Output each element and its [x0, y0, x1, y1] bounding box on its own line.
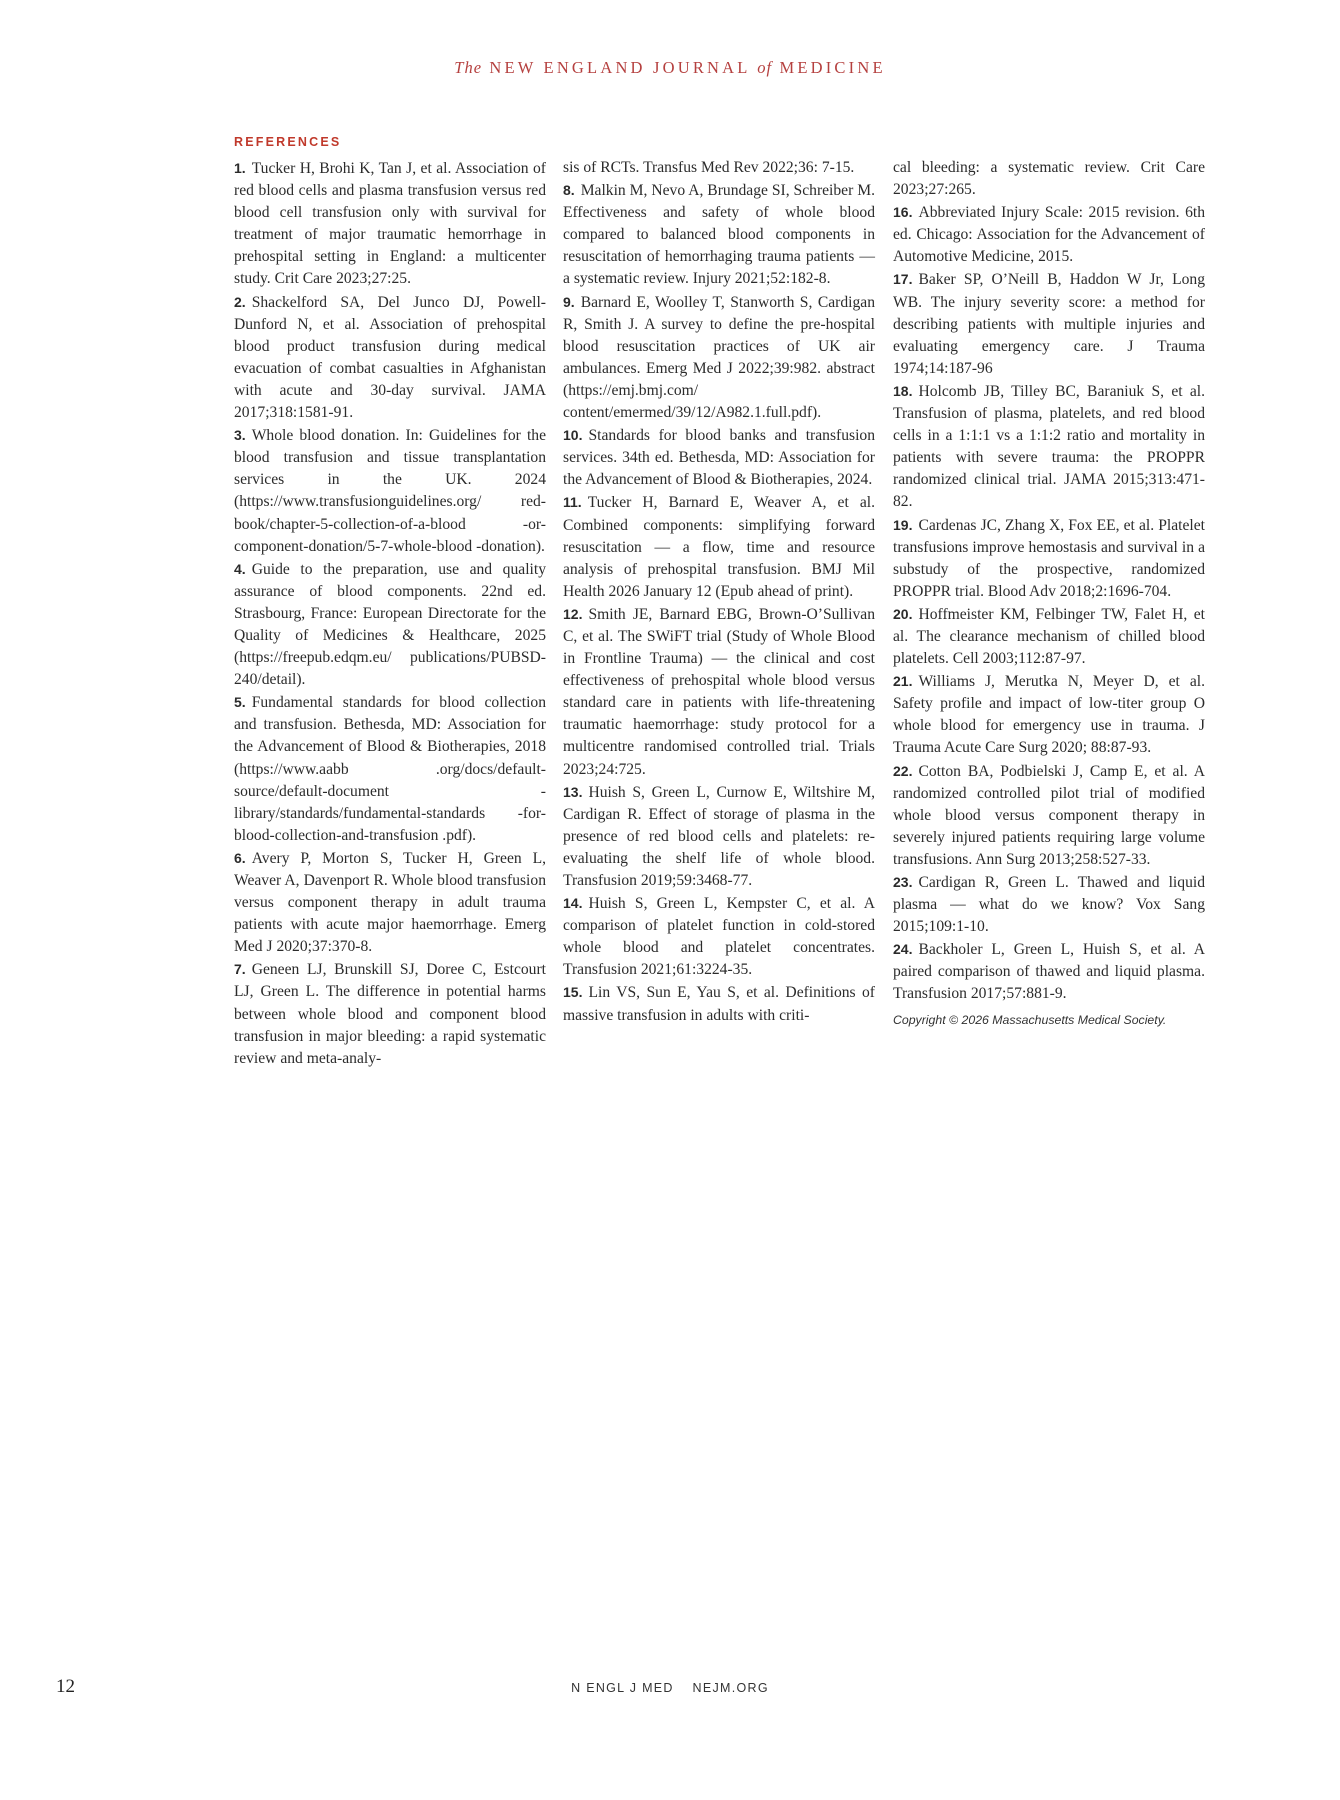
reference-number: 2.	[234, 294, 246, 310]
reference-item: 20.Hoffmeister KM, Felbinger TW, Falet H…	[893, 603, 1205, 670]
reference-item: 16.Abbreviated Injury Scale: 2015 revisi…	[893, 201, 1205, 268]
reference-number: 8.	[563, 182, 575, 198]
reference-item: 21.Williams J, Merutka N, Meyer D, et al…	[893, 670, 1205, 759]
reference-item: 15.Lin VS, Sun E, Yau S, et al. Definiti…	[563, 981, 875, 1026]
reference-item: 24.Backholer L, Green L, Huish S, et al.…	[893, 938, 1205, 1005]
reference-item: 5.Fundamental standards for blood collec…	[234, 691, 546, 847]
reference-item: 7.Geneen LJ, Brunskill SJ, Doree C, Estc…	[234, 958, 546, 1069]
reference-item: 10.Standards for blood banks and transfu…	[563, 424, 875, 491]
reference-number: 5.	[234, 694, 246, 710]
reference-text: Huish S, Green L, Kempster C, et al. A c…	[563, 895, 875, 978]
reference-text: Huish S, Green L, Curnow E, Wiltshire M,…	[563, 784, 875, 889]
reference-item: 22.Cotton BA, Podbielski J, Camp E, et a…	[893, 760, 1205, 871]
reference-number: 12.	[563, 606, 582, 622]
reference-number: 16.	[893, 204, 912, 220]
reference-number: 7.	[234, 961, 246, 977]
reference-text: Lin VS, Sun E, Yau S, et al. Definitions…	[563, 984, 875, 1023]
reference-number: 15.	[563, 984, 582, 1000]
journal-of: of	[757, 58, 772, 77]
journal-name-part1: NEW ENGLAND JOURNAL	[489, 58, 750, 77]
reference-number: 20.	[893, 606, 912, 622]
reference-text: Hoffmeister KM, Felbinger TW, Falet H, e…	[893, 606, 1205, 667]
reference-number: 1.	[234, 160, 246, 176]
reference-text: Smith JE, Barnard EBG, Brown-O’Sullivan …	[563, 606, 875, 778]
reference-number: 17.	[893, 271, 912, 287]
references-column-3: cal bleeding: a systematic review. Crit …	[893, 157, 1205, 1043]
reference-text: Backholer L, Green L, Huish S, et al. A …	[893, 941, 1205, 1002]
reference-number: 11.	[563, 494, 582, 510]
reference-number: 24.	[893, 941, 912, 957]
reference-item: 3.Whole blood donation. In: Guidelines f…	[234, 424, 546, 558]
reference-item: 13.Huish S, Green L, Curnow E, Wiltshire…	[563, 781, 875, 892]
reference-number: 22.	[893, 763, 912, 779]
copyright-notice: Copyright © 2026 Massachusetts Medical S…	[893, 1009, 1205, 1031]
reference-number: 13.	[563, 784, 582, 800]
reference-item: 2.Shackelford SA, Del Junco DJ, Powell-D…	[234, 291, 546, 425]
reference-text: Shackelford SA, Del Junco DJ, Powell-Dun…	[234, 294, 546, 421]
reference-text[interactable]: Barnard E, Woolley T, Stanworth S, Cardi…	[563, 294, 875, 421]
reference-text: Tucker H, Barnard E, Weaver A, et al. Co…	[563, 494, 875, 599]
reference-number: 21.	[893, 673, 912, 689]
reference-item: 1.Tucker H, Brohi K, Tan J, et al. Assoc…	[234, 157, 546, 291]
reference-number: 18.	[893, 383, 912, 399]
reference-continuation: sis of RCTs. Transfus Med Rev 2022;36: 7…	[563, 157, 875, 179]
reference-number: 4.	[234, 561, 246, 577]
reference-number: 19.	[893, 517, 912, 533]
reference-text: Cardenas JC, Zhang X, Fox EE, et al. Pla…	[893, 517, 1205, 600]
reference-item: 11.Tucker H, Barnard E, Weaver A, et al.…	[563, 491, 875, 602]
reference-continuation: cal bleeding: a systematic review. Crit …	[893, 157, 1205, 201]
reference-text: Avery P, Morton S, Tucker H, Green L, We…	[234, 850, 546, 955]
reference-number: 9.	[563, 294, 575, 310]
reference-item: 9.Barnard E, Woolley T, Stanworth S, Car…	[563, 291, 875, 425]
reference-text: Baker SP, O’Neill B, Haddon W Jr, Long W…	[893, 271, 1205, 376]
reference-item: 19.Cardenas JC, Zhang X, Fox EE, et al. …	[893, 514, 1205, 603]
reference-text: Cotton BA, Podbielski J, Camp E, et al. …	[893, 763, 1205, 868]
reference-number: 6.	[234, 850, 246, 866]
reference-number: 14.	[563, 895, 582, 911]
reference-item: 18.Holcomb JB, Tilley BC, Baraniuk S, et…	[893, 380, 1205, 514]
reference-text: Geneen LJ, Brunskill SJ, Doree C, Estcou…	[234, 961, 546, 1066]
reference-text: Cardigan R, Green L. Thawed and liquid p…	[893, 874, 1205, 935]
reference-item: 4.Guide to the preparation, use and qual…	[234, 558, 546, 692]
reference-item: 8.Malkin M, Nevo A, Brundage SI, Schreib…	[563, 179, 875, 290]
reference-item: 23.Cardigan R, Green L. Thawed and liqui…	[893, 871, 1205, 938]
reference-text: Tucker H, Brohi K, Tan J, et al. Associa…	[234, 160, 546, 287]
references-heading: REFERENCES	[234, 135, 341, 149]
reference-text: Holcomb JB, Tilley BC, Baraniuk S, et al…	[893, 383, 1205, 510]
running-head: The NEW ENGLAND JOURNAL of MEDICINE	[0, 58, 1340, 78]
reference-number: 23.	[893, 874, 912, 890]
reference-number: 10.	[563, 427, 582, 443]
reference-item: 17.Baker SP, O’Neill B, Haddon W Jr, Lon…	[893, 268, 1205, 379]
reference-text: Malkin M, Nevo A, Brundage SI, Schreiber…	[563, 182, 875, 287]
reference-text: Standards for blood banks and transfusio…	[563, 427, 875, 488]
reference-item: 6.Avery P, Morton S, Tucker H, Green L, …	[234, 847, 546, 958]
reference-text: Abbreviated Injury Scale: 2015 revision.…	[893, 204, 1205, 265]
journal-the: The	[454, 58, 482, 77]
reference-text[interactable]: Whole blood donation. In: Guidelines for…	[234, 427, 546, 554]
page-footer: N ENGL J MED NEJM.ORG	[0, 1681, 1340, 1695]
reference-text[interactable]: Guide to the preparation, use and qualit…	[234, 561, 546, 688]
reference-text[interactable]: Fundamental standards for blood collecti…	[234, 694, 546, 844]
reference-text: Williams J, Merutka N, Meyer D, et al. S…	[893, 673, 1205, 756]
references-column-2: sis of RCTs. Transfus Med Rev 2022;36: 7…	[563, 157, 875, 1027]
reference-number: 3.	[234, 427, 246, 443]
references-column-1: 1.Tucker H, Brohi K, Tan J, et al. Assoc…	[234, 157, 546, 1070]
reference-item: 14.Huish S, Green L, Kempster C, et al. …	[563, 892, 875, 981]
journal-abbreviation: N ENGL J MED	[571, 1681, 674, 1695]
reference-item: 12.Smith JE, Barnard EBG, Brown-O’Sulliv…	[563, 603, 875, 781]
journal-site[interactable]: NEJM.ORG	[693, 1681, 769, 1695]
journal-name-part2: MEDICINE	[779, 58, 885, 77]
